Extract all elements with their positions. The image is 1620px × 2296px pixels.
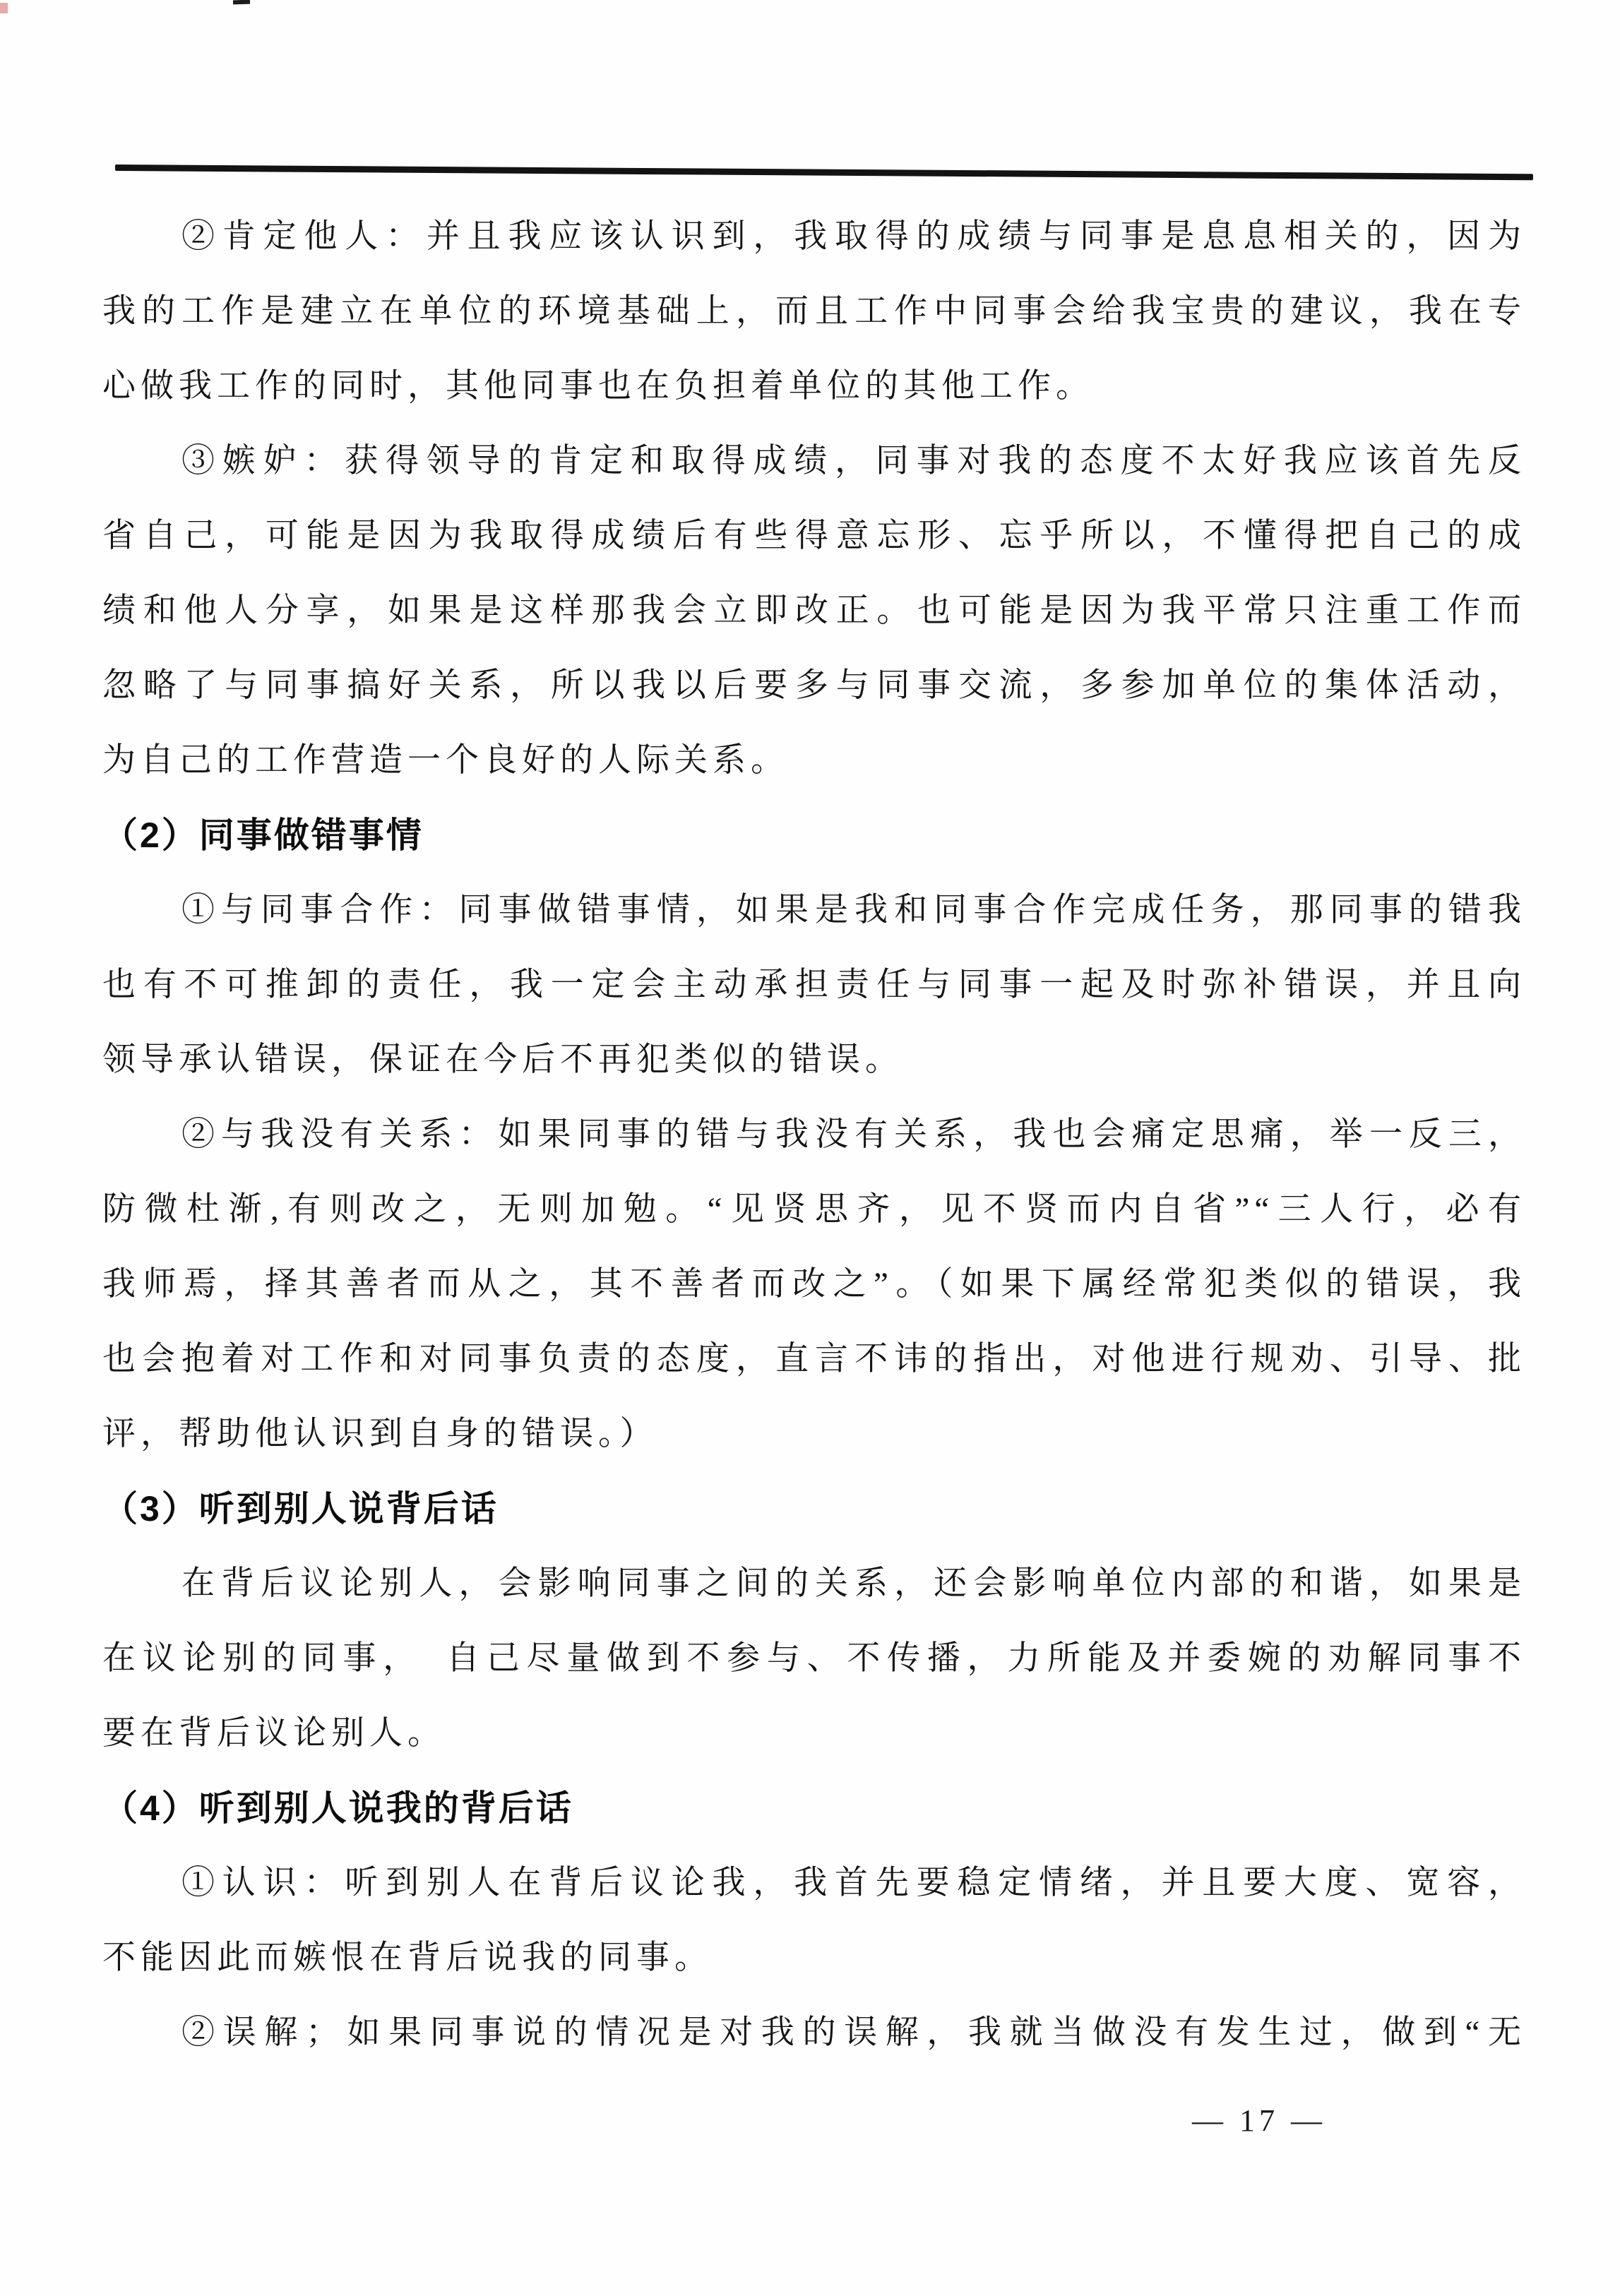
text-line: 心做我工作的同时，其他同事也在负担着单位的其他工作。	[102, 349, 1526, 424]
text-line: 也会抱着对工作和对同事负责的态度，直言不讳的指出，对他进行规劝、引导、批	[102, 1322, 1526, 1397]
text-line: 防微杜渐,有则改之，无则加勉。“见贤思齐，见不贤而内自省”“三人行，必有	[102, 1172, 1526, 1247]
text-line: 要在背后议论别人。	[102, 1696, 1526, 1771]
text-line: 忽略了与同事搞好关系，所以我以后要多与同事交流，多参加单位的集体活动，	[102, 648, 1526, 723]
scan-corner-artifact	[0, 3, 8, 13]
text-line: 评，帮助他认识到自身的错误。）	[102, 1397, 1526, 1471]
top-horizontal-rule	[115, 165, 1533, 180]
text-line: 在议论别的同事， 自己尽量做到不参与、不传播，力所能及并委婉的劝解同事不	[102, 1621, 1526, 1696]
section-heading: （2）同事做错事情	[102, 798, 1526, 873]
text-line: 也有不可推卸的责任，我一定会主动承担责任与同事一起及时弥补错误，并且向	[102, 947, 1526, 1022]
text-line: 省自己，可能是因为我取得成绩后有些得意忘形、忘乎所以，不懂得把自己的成	[102, 498, 1526, 573]
section-heading: （4）听到别人说我的背后话	[102, 1771, 1526, 1846]
text-line: ②误解；如果同事说的情况是对我的误解，我就当做没有发生过，做到“无	[102, 1995, 1526, 2070]
text-line: 不能因此而嫉恨在背后说我的同事。	[102, 1920, 1526, 1995]
text-line: 在背后议论别人，会影响同事之间的关系，还会影响单位内部的和谐，如果是	[102, 1546, 1526, 1621]
text-line: ②与我没有关系：如果同事的错与我没有关系，我也会痛定思痛，举一反三，	[102, 1097, 1526, 1172]
text-line: ①认识：听到别人在背后议论我，我首先要稳定情绪，并且要大度、宽容，	[102, 1846, 1526, 1920]
text-line: ③嫉妒：获得领导的肯定和取得成绩，同事对我的态度不太好我应该首先反	[102, 424, 1526, 498]
text-line: 我的工作是建立在单位的环境基础上，而且工作中同事会给我宝贵的建议，我在专	[102, 274, 1526, 349]
section-heading: （3）听到别人说背后话	[102, 1471, 1526, 1546]
text-line: 我师焉，择其善者而从之，其不善者而改之”。（如果下属经常犯类似的错误，我	[102, 1247, 1526, 1322]
text-line: 领导承认错误，保证在今后不再犯类似的错误。	[102, 1022, 1526, 1097]
text-line: ①与同事合作：同事做错事情，如果是我和同事合作完成任务，那同事的错我	[102, 873, 1526, 947]
text-line: 绩和他人分享，如果是这样那我会立即改正。也可能是因为我平常只注重工作而	[102, 573, 1526, 648]
text-column: ②肯定他人：并且我应该认识到，我取得的成绩与同事是息息相关的，因为 我的工作是建…	[102, 199, 1526, 2070]
document-page: ②肯定他人：并且我应该认识到，我取得的成绩与同事是息息相关的，因为 我的工作是建…	[0, 0, 1620, 2296]
page-number: — 17 —	[1192, 2103, 1326, 2139]
scan-edge-artifact	[233, 0, 250, 4]
text-line: ②肯定他人：并且我应该认识到，我取得的成绩与同事是息息相关的，因为	[102, 199, 1526, 274]
text-line: 为自己的工作营造一个良好的人际关系。	[102, 723, 1526, 798]
